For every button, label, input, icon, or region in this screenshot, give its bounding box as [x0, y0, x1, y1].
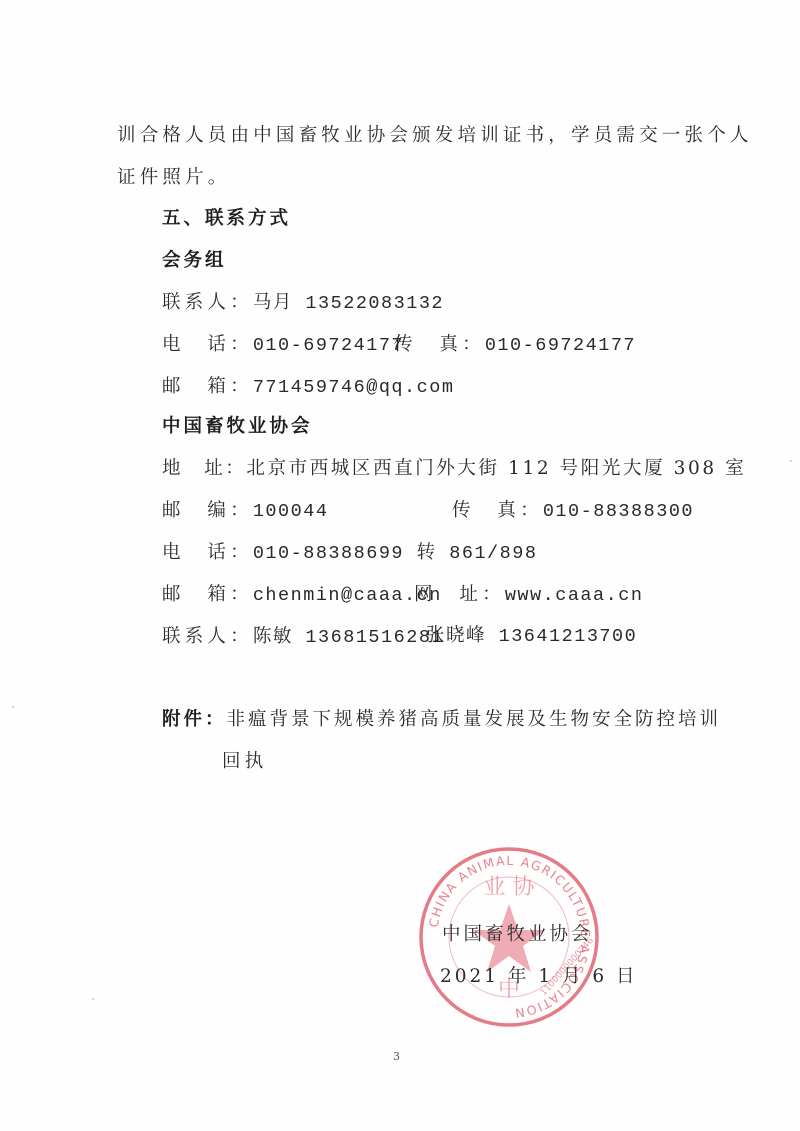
meeting-contact-value: 马月 13522083132 — [253, 293, 444, 314]
association-postcode-row: 邮 编：100044 传 真：010-88388300 — [162, 499, 682, 524]
attachment-label: 附件： — [162, 709, 227, 730]
association-fax-label: 传 真： — [452, 500, 543, 521]
postcode-label: 邮 编： — [162, 500, 253, 521]
meeting-phone-row: 电 话：010-69724177 传 真：010-69724177 — [162, 333, 722, 358]
meeting-email-value: 771459746@qq.com — [253, 377, 455, 398]
website-label: 网 址： — [414, 584, 505, 605]
meeting-email-label: 邮 箱： — [162, 376, 253, 397]
page-number: 3 — [393, 1050, 400, 1063]
attachment-row: 附件：非瘟背景下规模养猪高质量发展及生物安全防控培训 — [162, 708, 721, 732]
meeting-phone-value: 010-69724177 — [253, 335, 404, 356]
svg-text:业 协: 业 协 — [484, 875, 536, 900]
website-value: www.caaa.cn — [505, 585, 644, 606]
paragraph-line-2: 证件照片。 — [117, 166, 231, 190]
scan-speck — [790, 460, 792, 462]
scan-speck — [92, 998, 94, 1000]
contacts-label: 联系人： — [162, 626, 253, 647]
association-email-label: 邮 箱： — [162, 584, 253, 605]
attachment-line-1: 非瘟背景下规模养猪高质量发展及生物安全防控培训 — [227, 709, 722, 730]
meeting-fax: 传 真：010-69724177 — [394, 333, 636, 358]
association-phone-value: 010-88388699 转 861/898 — [253, 543, 538, 564]
section-heading: 五、联系方式 — [162, 207, 291, 231]
association-fax-value: 010-88388300 — [543, 501, 694, 522]
meeting-contact-row: 联系人：马月 13522083132 — [162, 291, 444, 316]
meeting-phone-label: 电 话： — [162, 334, 253, 355]
meeting-fax-label: 传 真： — [394, 334, 485, 355]
scan-speck — [12, 706, 14, 708]
contact-person-1: 陈敏 13681516281 — [253, 627, 444, 648]
signature-organization: 中国畜牧业协会 — [442, 920, 593, 946]
contact-person-2: 张晓峰 13641213700 — [426, 625, 637, 649]
association-phone-row: 电 话：010-88388699 转 861/898 — [162, 541, 537, 566]
signature-date: 2021 年 1 月 6 日 — [440, 962, 638, 988]
attachment-line-2: 回执 — [222, 750, 267, 774]
meeting-email-row: 邮 箱：771459746@qq.com — [162, 375, 454, 400]
association-fax: 传 真：010-88388300 — [452, 499, 694, 524]
meeting-group-title: 会务组 — [162, 249, 227, 273]
association-address-row: 地 址：北京市西城区西直门外大街 112 号阳光大厦 308 室 — [162, 457, 746, 481]
association-website: 网 址：www.caaa.cn — [414, 583, 643, 608]
paragraph-line-1: 训合格人员由中国畜牧业协会颁发培训证书，学员需交一张个人 — [117, 124, 753, 148]
association-phone-label: 电 话： — [162, 542, 253, 563]
address-label: 地 址： — [162, 458, 246, 479]
meeting-fax-value: 010-69724177 — [485, 335, 636, 356]
address-value: 北京市西城区西直门外大街 112 号阳光大厦 308 室 — [246, 458, 746, 479]
meeting-contact-label: 联系人： — [162, 292, 253, 313]
postcode-value: 100044 — [253, 501, 329, 522]
association-contacts-row: 联系人：陈敏 13681516281 张晓峰 13641213700 — [162, 625, 682, 650]
association-email-row: 邮 箱：chenmin@caaa.cn 网 址：www.caaa.cn — [162, 583, 682, 608]
association-title: 中国畜牧业协会 — [162, 415, 313, 439]
document-page: 训合格人员由中国畜牧业协会颁发培训证书，学员需交一张个人 证件照片。 五、联系方… — [0, 0, 800, 1131]
